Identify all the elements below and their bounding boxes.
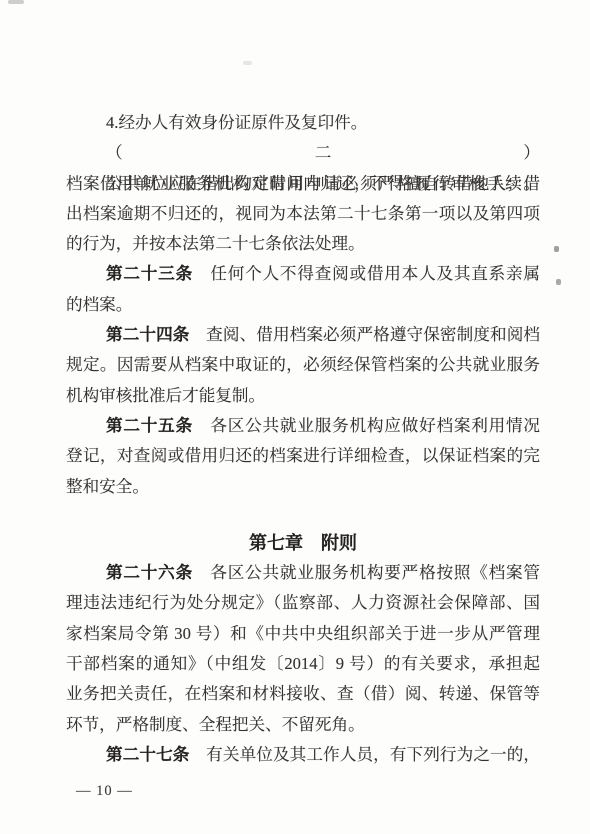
text-segment: 整和安全。 xyxy=(66,477,149,496)
text-line: 环节，严格制度、全程把关、不留死角。 xyxy=(66,710,540,740)
text-line: （二）公共就业服务机构对借用申请必须严格履行审核手续。 xyxy=(66,138,540,168)
text-segment: 各区公共就业服务机构应做好档案利用情况 xyxy=(193,416,540,435)
page-number: — 10 — xyxy=(76,781,133,801)
text-line: 第二十五条 各区公共就业服务机构应做好档案利用情况 xyxy=(66,411,540,441)
text-segment: 家档案局令第 30 号）和《中共中央组织部关于进一步从严管理 xyxy=(66,624,540,643)
scan-artifact xyxy=(8,0,24,4)
text-segment: 4.经办人有效身份证原件及复印件。 xyxy=(106,113,367,132)
text-segment: 规定。因需要从档案中取证的，必须经保管档案的公共就业服务 xyxy=(66,355,540,374)
text-line: 第二十六条 各区公共就业服务机构要严格按照《档案管 xyxy=(66,558,540,588)
article-number: 第二十六条 xyxy=(106,563,193,582)
text-line: 登记，对查阅或借用归还的档案进行详细检查，以保证档案的完 xyxy=(66,441,540,471)
text-line: 的档案。 xyxy=(66,290,540,320)
scan-artifact xyxy=(554,246,559,252)
scanned-page: 4.经办人有效身份证原件及复印件。（二）公共就业服务机构对借用申请必须严格履行审… xyxy=(0,0,590,834)
text-line: 第二十七条 有关单位及其工作人员，有下列行为之一的， xyxy=(66,740,540,770)
text-line: 4.经办人有效身份证原件及复印件。 xyxy=(66,108,540,138)
text-line: 第二十四条 查阅、借用档案必须严格遵守保密制度和阅档 xyxy=(66,320,540,350)
text-segment: 登记，对查阅或借用归还的档案进行详细检查，以保证档案的完 xyxy=(66,446,540,465)
article-number: 第二十五条 xyxy=(106,416,193,435)
text-segment: 的档案。 xyxy=(66,295,132,314)
text-line: 理违法违纪行为处分规定》（监察部、人力资源社会保障部、国 xyxy=(66,588,540,618)
text-line: 干部档案的通知》（中组发〔2014〕9 号）的有关要求，承担起 xyxy=(66,649,540,679)
text-segment: 查阅、借用档案必须严格遵守保密制度和阅档 xyxy=(189,325,540,344)
text-segment: 的行为，并按本法第二十七条依法处理。 xyxy=(66,234,365,253)
article-number: 第二十四条 xyxy=(106,325,189,344)
text-segment: 任何个人不得查阅或借用本人及其直系亲属 xyxy=(193,264,540,283)
text-segment: 环节，严格制度、全程把关、不留死角。 xyxy=(66,715,365,734)
text-line: 的行为，并按本法第二十七条依法处理。 xyxy=(66,229,540,259)
text-line: 整和安全。 xyxy=(66,472,540,502)
chapter-title: 第七章 附则 xyxy=(249,533,357,553)
scan-artifact xyxy=(243,61,252,65)
text-line: 机构审核批准后才能复制。 xyxy=(66,381,540,411)
text-segment: 有关单位及其工作人员，有下列行为之一的， xyxy=(189,745,540,764)
article-number: 第二十七条 xyxy=(106,745,189,764)
text-line: 第二十三条 任何个人不得查阅或借用本人及其直系亲属 xyxy=(66,259,540,289)
text-segment: 档案借用单位应在借出约定时间内归还，不得擅自转借他人；借 xyxy=(66,174,540,193)
text-line: 出档案逾期不归还的，视同为本法第二十七条第一项以及第四项 xyxy=(66,199,540,229)
text-line: 家档案局令第 30 号）和《中共中央组织部关于进一步从严管理 xyxy=(66,619,540,649)
text-line: 档案借用单位应在借出约定时间内归还，不得擅自转借他人；借 xyxy=(66,169,540,199)
document-body: 4.经办人有效身份证原件及复印件。（二）公共就业服务机构对借用申请必须严格履行审… xyxy=(66,108,540,770)
article-number: 第二十三条 xyxy=(106,264,193,283)
scan-artifact xyxy=(556,279,561,285)
text-segment: 理违法违纪行为处分规定》（监察部、人力资源社会保障部、国 xyxy=(66,593,540,612)
text-segment: 干部档案的通知》（中组发〔2014〕9 号）的有关要求，承担起 xyxy=(66,654,540,673)
text-segment: 业务把关责任，在档案和材料接收、查（借）阅、转递、保管等 xyxy=(66,684,540,703)
chapter-heading: 第七章 附则 xyxy=(66,528,540,558)
text-segment: 各区公共就业服务机构要严格按照《档案管 xyxy=(193,563,540,582)
text-line: 规定。因需要从档案中取证的，必须经保管档案的公共就业服务 xyxy=(66,350,540,380)
text-segment: 出档案逾期不归还的，视同为本法第二十七条第一项以及第四项 xyxy=(66,204,540,223)
text-segment: 机构审核批准后才能复制。 xyxy=(66,386,265,405)
text-line: 业务把关责任，在档案和材料接收、查（借）阅、转递、保管等 xyxy=(66,679,540,709)
